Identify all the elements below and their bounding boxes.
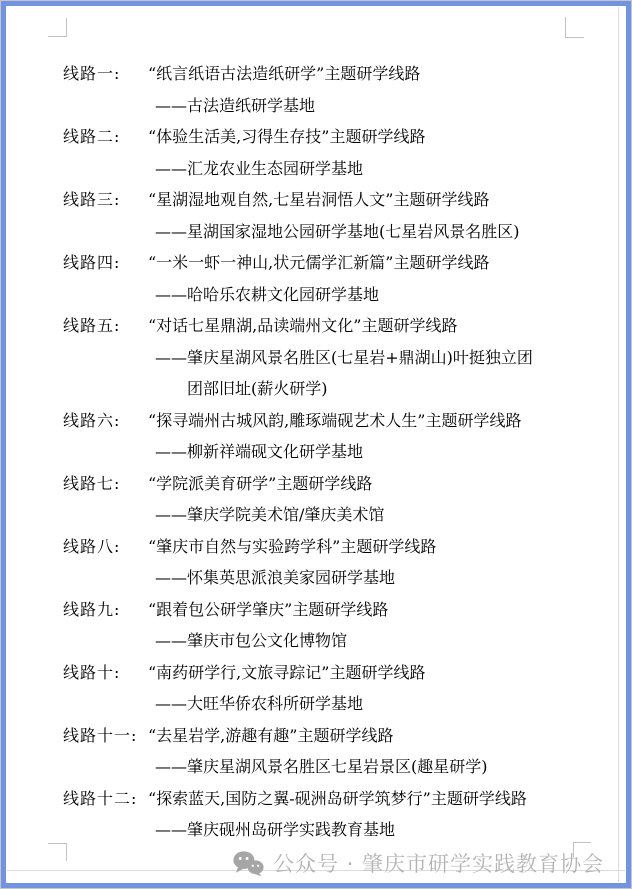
route-item: 线路八: “肇庆市自然与实验跨学科”主题研学线路——怀集英思派浪美家园研学基地 <box>63 531 618 594</box>
route-body: “去星岩学,游趣有趣”主题研学线路——肇庆星湖风景名胜区七星岩景区(趣星研学) <box>148 720 618 783</box>
route-theme: “学院派美育研学”主题研学线路 <box>148 468 618 500</box>
route-base: ——哈哈乐农耕文化园研学基地 <box>148 279 618 311</box>
route-base: ——古法造纸研学基地 <box>148 90 618 122</box>
route-item: 线路一: “纸言纸语古法造纸研学”主题研学线路——古法造纸研学基地 <box>63 58 618 121</box>
route-list: 线路一: “纸言纸语古法造纸研学”主题研学线路——古法造纸研学基地 线路二: “… <box>63 58 618 846</box>
text-boundary-mark-top-right <box>565 17 584 38</box>
route-label: 线路十: <box>63 657 148 689</box>
watermark: 公众号 · 肇庆市研学实践教育协会 <box>0 847 604 879</box>
route-theme: “一米一虾一神山,状元儒学汇新篇”主题研学线路 <box>148 247 618 279</box>
route-label: 线路十二: <box>63 783 148 815</box>
route-theme: “跟着包公研学肇庆”主题研学线路 <box>148 594 618 626</box>
route-item: 线路七: “学院派美育研学”主题研学线路——肇庆学院美术馆/肇庆美术馆 <box>63 468 618 531</box>
route-base: ——汇龙农业生态园研学基地 <box>148 153 618 185</box>
route-body: “跟着包公研学肇庆”主题研学线路——肇庆市包公文化博物馆 <box>148 594 618 657</box>
route-item: 线路十二: “探索蓝天,国防之翼-砚洲岛研学筑梦行”主题研学线路——肇庆砚州岛研… <box>63 783 618 846</box>
route-item: 线路三: “星湖湿地观自然,七星岩洞悟人文”主题研学线路——星湖国家湿地公园研学… <box>63 184 618 247</box>
route-body: “学院派美育研学”主题研学线路——肇庆学院美术馆/肇庆美术馆 <box>148 468 618 531</box>
page-edge-right <box>618 7 619 882</box>
route-body: “一米一虾一神山,状元儒学汇新篇”主题研学线路——哈哈乐农耕文化园研学基地 <box>148 247 618 310</box>
route-label: 线路三: <box>63 184 148 216</box>
route-theme: “纸言纸语古法造纸研学”主题研学线路 <box>148 58 618 90</box>
route-item: 线路十一: “去星岩学,游趣有趣”主题研学线路——肇庆星湖风景名胜区七星岩景区(… <box>63 720 618 783</box>
route-base: ——肇庆星湖风景名胜区(七星岩+鼎湖山)叶挺独立团 <box>148 342 618 374</box>
route-item: 线路九: “跟着包公研学肇庆”主题研学线路——肇庆市包公文化博物馆 <box>63 594 618 657</box>
route-label: 线路八: <box>63 531 148 563</box>
route-label: 线路六: <box>63 405 148 437</box>
route-base: ——肇庆学院美术馆/肇庆美术馆 <box>148 499 618 531</box>
route-theme: “探索蓝天,国防之翼-砚洲岛研学筑梦行”主题研学线路 <box>148 783 618 815</box>
route-base: 团部旧址(薪火研学) <box>148 373 618 405</box>
route-label: 线路九: <box>63 594 148 626</box>
route-item: 线路六: “探寻端州古城风韵,雕琢端砚艺术人生”主题研学线路——柳新祥端砚文化研… <box>63 405 618 468</box>
route-body: “星湖湿地观自然,七星岩洞悟人文”主题研学线路——星湖国家湿地公园研学基地(七星… <box>148 184 618 247</box>
route-base: ——大旺华侨农科所研学基地 <box>148 688 618 720</box>
text-boundary-mark-top-left <box>48 18 67 37</box>
route-theme: “南药研学行,文旅寻踪记”主题研学线路 <box>148 657 618 689</box>
route-base: ——肇庆市包公文化博物馆 <box>148 625 618 657</box>
route-theme: “探寻端州古城风韵,雕琢端砚艺术人生”主题研学线路 <box>148 405 618 437</box>
route-body: “体验生活美,习得生存技”主题研学线路——汇龙农业生态园研学基地 <box>148 121 618 184</box>
route-body: “探索蓝天,国防之翼-砚洲岛研学筑梦行”主题研学线路——肇庆砚州岛研学实践教育基… <box>148 783 618 846</box>
route-label: 线路五: <box>63 310 148 342</box>
route-item: 线路十: “南药研学行,文旅寻踪记”主题研学线路——大旺华侨农科所研学基地 <box>63 657 618 720</box>
route-label: 线路七: <box>63 468 148 500</box>
route-theme: “肇庆市自然与实验跨学科”主题研学线路 <box>148 531 618 563</box>
route-body: “南药研学行,文旅寻踪记”主题研学线路——大旺华侨农科所研学基地 <box>148 657 618 720</box>
document-page: 线路一: “纸言纸语古法造纸研学”主题研学线路——古法造纸研学基地 线路二: “… <box>0 0 632 889</box>
route-theme: “星湖湿地观自然,七星岩洞悟人文”主题研学线路 <box>148 184 618 216</box>
route-base: ——怀集英思派浪美家园研学基地 <box>148 562 618 594</box>
route-base: ——星湖国家湿地公园研学基地(七星岩风景名胜区) <box>148 216 618 248</box>
route-theme: “去星岩学,游趣有趣”主题研学线路 <box>148 720 618 752</box>
route-label: 线路四: <box>63 247 148 279</box>
route-label: 线路十一: <box>63 720 148 752</box>
route-item: 线路二: “体验生活美,习得生存技”主题研学线路——汇龙农业生态园研学基地 <box>63 121 618 184</box>
route-theme: “体验生活美,习得生存技”主题研学线路 <box>148 121 618 153</box>
route-item: 线路五: “对话七星鼎湖,品读端州文化”主题研学线路——肇庆星湖风景名胜区(七星… <box>63 310 618 405</box>
route-body: “对话七星鼎湖,品读端州文化”主题研学线路——肇庆星湖风景名胜区(七星岩+鼎湖山… <box>148 310 618 405</box>
route-label: 线路二: <box>63 121 148 153</box>
route-theme: “对话七星鼎湖,品读端州文化”主题研学线路 <box>148 310 618 342</box>
route-base: ——肇庆星湖风景名胜区七星岩景区(趣星研学) <box>148 751 618 783</box>
route-item: 线路四: “一米一虾一神山,状元儒学汇新篇”主题研学线路——哈哈乐农耕文化园研学… <box>63 247 618 310</box>
route-base: ——柳新祥端砚文化研学基地 <box>148 436 618 468</box>
route-label: 线路一: <box>63 58 148 90</box>
route-body: “纸言纸语古法造纸研学”主题研学线路——古法造纸研学基地 <box>148 58 618 121</box>
wechat-icon <box>233 850 264 877</box>
route-base: ——肇庆砚州岛研学实践教育基地 <box>148 814 618 846</box>
watermark-text: 公众号 · 肇庆市研学实践教育协会 <box>273 848 604 878</box>
route-body: “探寻端州古城风韵,雕琢端砚艺术人生”主题研学线路——柳新祥端砚文化研学基地 <box>148 405 618 468</box>
route-body: “肇庆市自然与实验跨学科”主题研学线路——怀集英思派浪美家园研学基地 <box>148 531 618 594</box>
